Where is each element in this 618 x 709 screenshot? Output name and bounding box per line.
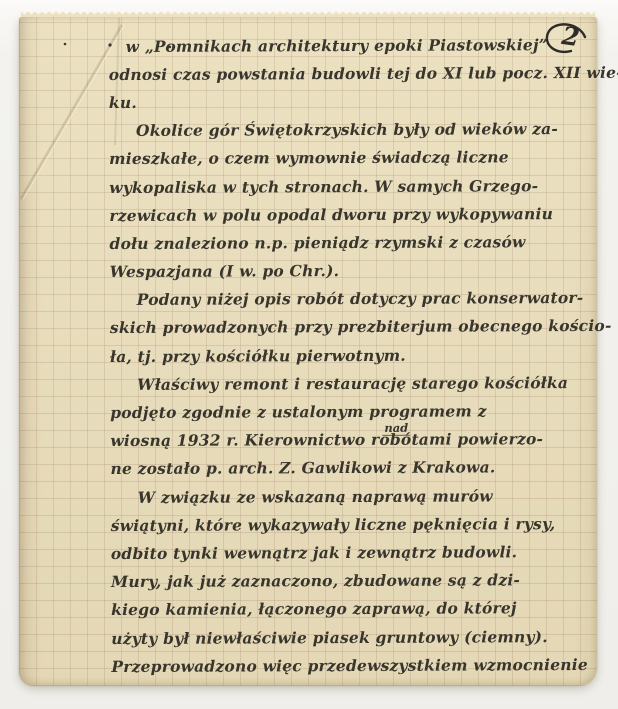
handwritten-line: mieszkałe, o czem wymownie świadczą licz… (109, 143, 591, 173)
handwritten-line: ne zostało p. arch. Z. Gawlikowi z Krako… (110, 453, 592, 483)
handwritten-line: W związku ze wskazaną naprawą murów (111, 481, 593, 511)
handwritten-line: ku. (109, 86, 591, 116)
handwritten-line: świątyni, które wykazywały liczne pęknię… (111, 509, 593, 539)
handwritten-line: kiego kamienia, łączonego zaprawą, do kt… (111, 594, 593, 624)
handwritten-line: w „Pomnikach architektury epoki Piastows… (109, 30, 591, 60)
handwriting-block: w „Pomnikach architektury epoki Piastows… (109, 30, 594, 680)
handwritten-line: dołu znaleziono n.p. pieniądz rzymski z … (109, 227, 591, 257)
handwritten-line: odbito tynki wewnątrz jak i zewnątrz bud… (111, 537, 593, 567)
handwritten-line: wiosną 1932 r. Kierownictwo robótami pow… (110, 425, 592, 455)
handwritten-line: Okolice gór Świętokrzyskich były od wiek… (109, 115, 591, 145)
scan-background: 2 w „Pomnikach architektury epoki Piasto… (0, 0, 618, 709)
handwritten-line: użyty był niewłaściwie piasek gruntowy (… (111, 622, 593, 652)
handwritten-line: Właściwy remont i restaurację starego ko… (110, 368, 592, 398)
handwritten-line: Wespazjana (I w. po Chr.). (110, 255, 592, 285)
handwritten-line: odnosi czas powstania budowli tej do XI … (109, 58, 591, 88)
interlinear-insertion: nad (382, 421, 410, 436)
diagonal-crease (21, 25, 122, 199)
handwritten-line: skich prowadzonych przy prezbiterjum obe… (110, 312, 592, 342)
handwritten-line: rzewicach w polu opodal dworu przy wykop… (109, 199, 591, 229)
handwritten-line: wykopaliska w tych stronach. W samych Gr… (109, 171, 591, 201)
handwritten-line: podjęto zgodnie z ustalonym programem z (110, 396, 592, 426)
handwritten-line: Przeprowadzono więc przedewszystkiem wzm… (111, 650, 593, 680)
handwritten-line: ła, tj. przy kościółku pierwotnym. (110, 340, 592, 370)
handwritten-line: Mury, jak już zaznaczono, zbudowane są z… (111, 566, 593, 596)
handwritten-line: Podany niżej opis robót dotyczy prac kon… (110, 284, 592, 314)
manuscript-page: 2 w „Pomnikach architektury epoki Piasto… (19, 17, 597, 686)
ink-speck (64, 43, 67, 46)
